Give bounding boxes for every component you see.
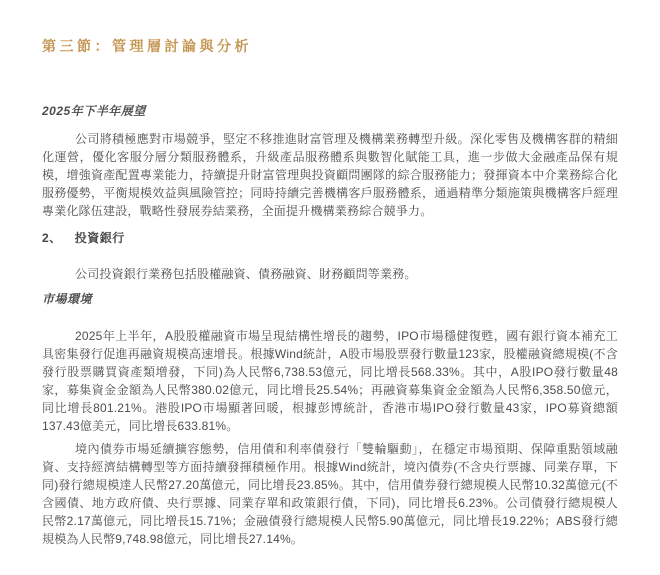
- market-environment-heading: 市場環境: [42, 292, 618, 307]
- equity-market-paragraph: 2025年上半年，A股股權融資市場呈現結構性增長的趨勢，IPO市場穩健復甦，國有…: [42, 327, 618, 435]
- heading-number: 2、: [42, 231, 62, 246]
- section-title: 第三節：管理層討論與分析: [42, 38, 618, 55]
- bond-market-paragraph: 境內債券市場延續擴容態勢，信用債和利率債發行「雙輪驅動」，在穩定市場預期、保障重…: [42, 440, 618, 548]
- heading-label: 投資銀行: [75, 231, 125, 245]
- outlook-paragraph: 公司將積極應對市場競爭，堅定不移推進財富管理及機構業務轉型升級。深化零售及機構客…: [42, 130, 618, 220]
- document-page: 第三節：管理層討論與分析 2025年下半年展望 公司將積極應對市場競爭，堅定不移…: [0, 0, 660, 575]
- investment-banking-heading: 2、投資銀行: [42, 231, 618, 246]
- outlook-heading: 2025年下半年展望: [42, 104, 618, 119]
- investment-banking-intro-paragraph: 公司投資銀行業務包括股權融資、債務融資、財務顧問等業務。: [42, 265, 618, 283]
